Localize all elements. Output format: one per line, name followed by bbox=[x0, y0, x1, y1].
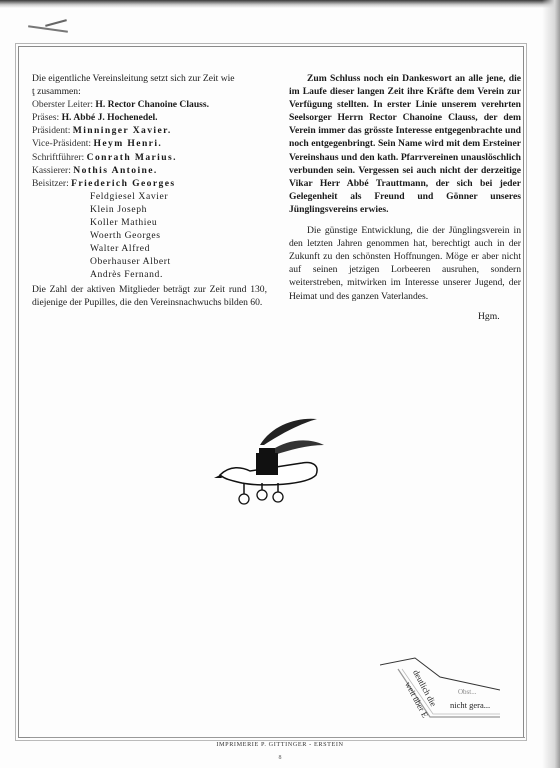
officer-role: Beisitzer: bbox=[32, 178, 69, 189]
assessor-name: Koller Mathieu bbox=[32, 216, 267, 229]
officer-row: Präses: H. Abbé J. Hochenedel. bbox=[32, 111, 267, 124]
assessor-name: Andrès Fernand. bbox=[32, 268, 267, 281]
officer-name: Nothis Antoine. bbox=[73, 165, 157, 176]
officer-name: Conrath Marius. bbox=[87, 152, 177, 163]
scan-shadow-top bbox=[0, 0, 560, 8]
officer-row: Präsident: Minninger Xavier. bbox=[32, 124, 267, 137]
assessor-name: Walter Alfred bbox=[32, 242, 267, 255]
assessor-name: Oberhauser Albert bbox=[32, 255, 267, 268]
printer-imprint: IMPRIMERIE P. GITTINGER - ERSTEIN bbox=[0, 741, 560, 748]
intro-line: Die eigentliche Vereinsleitung setzt sic… bbox=[32, 72, 267, 85]
officer-role: Schriftführer: bbox=[32, 152, 84, 163]
signature: Hgm. bbox=[478, 311, 500, 322]
assessors-list: Feldgiesel XavierKlein JosephKoller Math… bbox=[32, 190, 267, 282]
assessor-name: Woerth Georges bbox=[32, 229, 267, 242]
officer-role: Kassierer: bbox=[32, 165, 71, 176]
inkwell-quill-bird-icon bbox=[212, 405, 332, 505]
officer-row: Kassierer: Nothis Antoine. bbox=[32, 164, 267, 177]
scan-shadow-right bbox=[542, 0, 560, 768]
torn-paper-fragment bbox=[380, 655, 500, 720]
officer-row: Vice-Präsident: Heym Henri. bbox=[32, 137, 267, 150]
page-number: 8 bbox=[0, 755, 560, 761]
officer-role: Präses: bbox=[32, 112, 59, 123]
officer-name: Heym Henri. bbox=[94, 138, 163, 149]
left-column: Die eigentliche Vereinsleitung setzt sic… bbox=[32, 72, 267, 309]
pencil-mark bbox=[28, 25, 68, 33]
officers-list: Oberster Leiter: H. Rector Chanoine Clau… bbox=[32, 98, 267, 190]
pencil-mark bbox=[45, 19, 67, 27]
torn-fragment-text: nicht gera... bbox=[450, 700, 490, 710]
officer-row: Schriftführer: Conrath Marius. bbox=[32, 151, 267, 164]
officer-name: H. Rector Chanoine Clauss. bbox=[95, 99, 209, 110]
officer-row: Beisitzer: Friederich Georges bbox=[32, 177, 267, 190]
outlook-paragraph: Die günstige Entwicklung, die der Jüngli… bbox=[289, 224, 521, 303]
intro-line: ţ zusammen: bbox=[32, 85, 267, 98]
assessor-name: Klein Joseph bbox=[32, 203, 267, 216]
officer-name: Minninger Xavier. bbox=[73, 125, 172, 136]
officer-role: Vice-Präsident: bbox=[32, 138, 91, 149]
officer-row: Oberster Leiter: H. Rector Chanoine Clau… bbox=[32, 98, 267, 111]
officer-role: Präsident: bbox=[32, 125, 70, 136]
torn-fragment-text: Obst... bbox=[458, 688, 476, 696]
officer-name: H. Abbé J. Hochenedel. bbox=[62, 112, 158, 123]
officer-name: Friederich Georges bbox=[71, 178, 175, 189]
right-column: Zum Schluss noch ein Dankeswort an alle … bbox=[289, 72, 521, 311]
thanks-paragraph: Zum Schluss noch ein Dankeswort an alle … bbox=[289, 72, 521, 216]
members-paragraph: Die Zahl der aktiven Mitglieder beträgt … bbox=[32, 283, 267, 309]
assessor-name: Feldgiesel Xavier bbox=[32, 190, 267, 203]
officer-role: Oberster Leiter: bbox=[32, 99, 93, 110]
